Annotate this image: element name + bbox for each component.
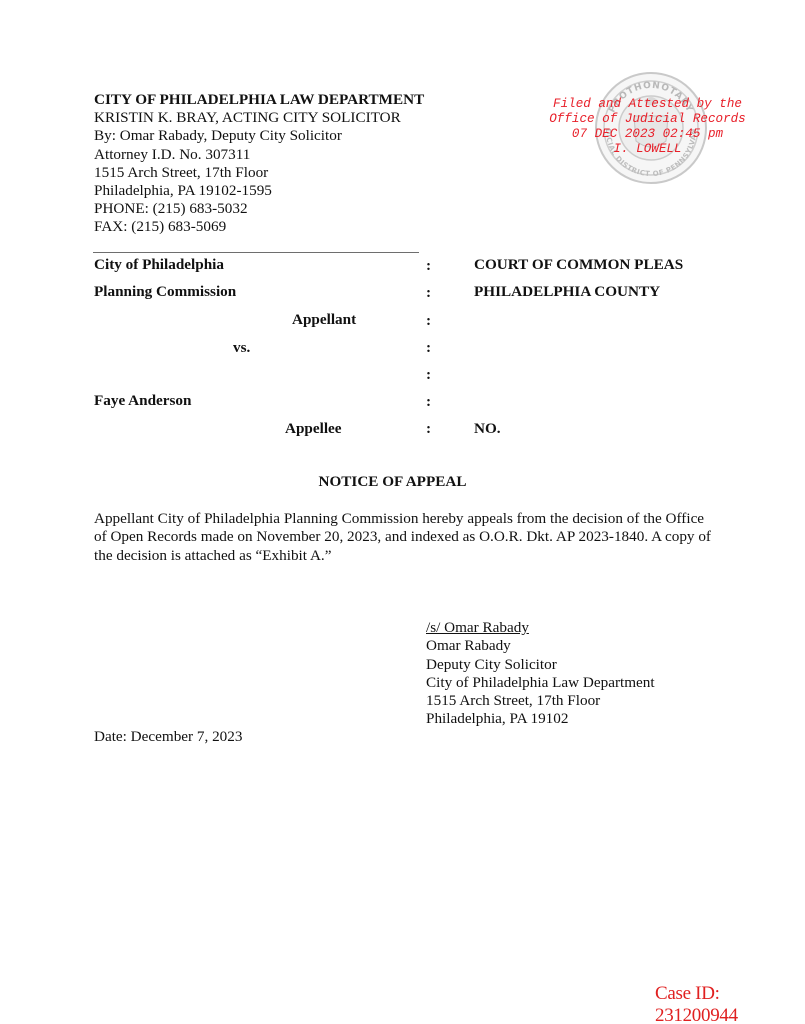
stamp-line-clerk: I. LOWELL — [540, 142, 755, 157]
signer-title: Deputy City Solicitor — [426, 656, 655, 674]
attorney-id-line: Attorney I.D. No. 307311 — [94, 146, 424, 164]
court-name-line1: COURT OF COMMON PLEAS — [474, 256, 683, 274]
signature-block: /s/ Omar Rabady Omar Rabady Deputy City … — [426, 619, 655, 729]
appellant-name-line2: Planning Commission — [94, 283, 236, 301]
appellant-name-line1: City of Philadelphia — [94, 256, 224, 274]
phone-line: PHONE: (215) 683-5032 — [94, 200, 424, 218]
street-address-line: 1515 Arch Street, 17th Floor — [94, 164, 424, 182]
filing-stamp: Filed and Attested by the Office of Judi… — [540, 97, 755, 157]
document-date: Date: December 7, 2023 — [94, 728, 242, 746]
case-id-footer: Case ID: 231200944 — [655, 983, 805, 1024]
signer-name: Omar Rabady — [426, 637, 655, 655]
appellant-role: Appellant — [292, 311, 356, 329]
caption-colon: : — [426, 366, 431, 384]
city-state-zip-line: Philadelphia, PA 19102-1595 — [94, 182, 424, 200]
appellee-role: Appellee — [285, 420, 342, 438]
solicitor-line: KRISTIN K. BRAY, ACTING CITY SOLICITOR — [94, 109, 424, 127]
caption-colon: : — [426, 312, 431, 330]
caption-colon: : — [426, 257, 431, 275]
electronic-signature: /s/ Omar Rabady — [426, 619, 655, 637]
header-divider — [93, 252, 419, 253]
caption-colon: : — [426, 284, 431, 302]
signer-address-line2: Philadelphia, PA 19102 — [426, 710, 655, 728]
appellee-name: Faye Anderson — [94, 392, 191, 410]
attorney-name-line: By: Omar Rabady, Deputy City Solicitor — [94, 127, 424, 145]
stamp-line-filed: Filed and Attested by the — [540, 97, 755, 112]
document-title: NOTICE OF APPEAL — [0, 473, 785, 491]
signer-address-line1: 1515 Arch Street, 17th Floor — [426, 692, 655, 710]
caption-colon: : — [426, 420, 431, 438]
court-name-line2: PHILADELPHIA COUNTY — [474, 283, 660, 301]
stamp-line-office: Office of Judicial Records — [540, 112, 755, 127]
appeal-body-paragraph: Appellant City of Philadelphia Planning … — [94, 510, 714, 565]
fax-line: FAX: (215) 683-5069 — [94, 218, 424, 236]
signer-organization: City of Philadelphia Law Department — [426, 674, 655, 692]
law-department-heading: CITY OF PHILADELPHIA LAW DEPARTMENT — [94, 91, 424, 109]
docket-number-label: NO. — [474, 420, 501, 438]
caption-colon: : — [426, 339, 431, 357]
stamp-line-datetime: 07 DEC 2023 02:45 pm — [540, 127, 755, 142]
attorney-header: CITY OF PHILADELPHIA LAW DEPARTMENT KRIS… — [94, 91, 424, 237]
caption-colon: : — [426, 393, 431, 411]
versus-label: vs. — [233, 339, 250, 357]
